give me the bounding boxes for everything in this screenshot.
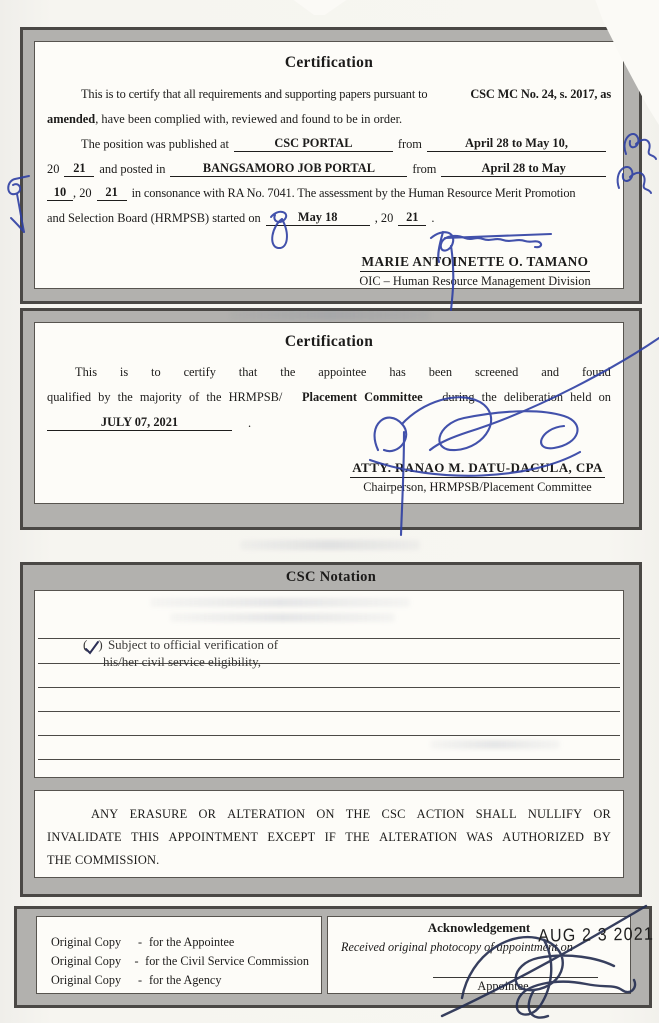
notation-text-line1: Subject to official verification of [108,637,278,652]
cert1-l5-20: , 20 [73,186,92,201]
notation-paren-close: ) [98,637,102,652]
cert2-signatory-name: ATTY. RANAO M. DATU-DACULA, CPA [350,460,605,478]
notation-stamp-line2: his/her civil service eligibility, [103,654,611,670]
cert1-l3-text: The position was published at [81,137,229,152]
appointee-label: Appointee [423,979,583,994]
bleed-through-smudge [150,598,410,607]
cert1-p2-text: , have been complied with, reviewed and … [95,112,402,126]
cert2-date-line: JULY 07, 2021 . [47,415,611,431]
copy-label: Original Copy [51,954,128,969]
cert2-line2: qualified by the majority of the HRMPSB/… [47,390,611,405]
cert1-consonance-line: 10 , 20 21 in consonance with RA No. 704… [47,185,611,201]
warning-line1: ANYERASUREORALTERATIONONTHECSCACTIONSHAL… [47,807,611,822]
assessment-year-field: 21 [398,210,426,226]
cert1-l6-period: . [431,211,434,226]
posted-in-field: BANGSAMORO JOB PORTAL [170,161,407,177]
copy-recipient: for the Agency [149,973,221,988]
cert2-l2-text: qualified by the majority of the HRMPSB/ [47,390,282,405]
appointee-signature-line [433,977,598,978]
scanned-appointment-form-page: { "colors": { "ink_blue": "#2e3fa3", "in… [0,0,659,1023]
bleed-through-smudge [170,613,395,622]
notation-ruled-line [38,735,620,736]
copy-label: Original Copy [51,935,131,950]
torn-edge-notch [290,0,350,15]
warning-box: ANYERASUREORALTERATIONONTHECSCACTIONSHAL… [34,790,624,878]
posting-period-day-field: 10 [47,185,73,201]
certification-1-title: Certification [47,54,611,72]
cert1-l6-text: and Selection Board (HRMPSB) started on [47,211,261,226]
csc-notation-title: CSC Notation [35,569,627,586]
certification-1-content: Certification This is to certify that al… [34,41,624,289]
certification-2-frame: Certification Thisistocertifythattheappo… [20,308,642,530]
cert1-signatory-name: MARIE ANTOINETTE O. TAMANO [360,254,591,272]
certification-1-frame: Certification This is to certify that al… [20,27,642,304]
cert1-signatory-title: OIC – Human Resource Management Division [330,274,620,289]
dash: - [128,954,145,969]
publish-year-field: 21 [64,161,94,177]
cert1-l5-text: in consonance with RA No. 7041. The asse… [132,186,576,201]
cert1-l6-20: , 20 [375,211,394,226]
dash: - [131,935,149,950]
cert1-assessment-line: and Selection Board (HRMPSB) started on … [47,210,611,226]
assessment-date-field: May 18 [266,210,370,226]
cert2-l2-text2: during the deliberation held on [442,390,611,405]
cert1-p1-bold: CSC MC No. 24, s. 2017, as [470,87,611,102]
certification-2-content: Certification Thisistocertifythattheappo… [34,322,624,504]
dash: - [131,973,149,988]
bleed-through-smudge [430,740,560,749]
cert1-paragraph1-line2: amended, have been complied with, review… [47,112,611,127]
published-at-field: CSC PORTAL [234,136,393,152]
cert1-signatory-block: MARIE ANTOINETTE O. TAMANO OIC – Human R… [330,253,620,289]
warning-line3: THE COMMISSION. [47,853,611,868]
notation-stamp-line1: () Subject to official verification of [83,637,611,653]
notation-ruled-line [38,759,620,760]
certification-2-title: Certification [47,333,611,351]
received-date-stamp: AUG 2 3 2021 [538,925,654,947]
deliberation-date-field: JULY 07, 2021 [47,415,232,431]
notation-ruled-line [38,687,620,688]
cert1-publish-line: The position was published at CSC PORTAL… [47,136,611,152]
cert2-signatory-block: ATTY. RANAO M. DATU-DACULA, CPA Chairper… [330,459,625,495]
posting-period-field: April 28 to May [441,161,606,177]
cert1-l4-20: 20 [47,162,59,177]
distribution-box: Original Copy - for the Appointee Origin… [36,916,322,994]
posting-year-field: 21 [97,185,127,201]
cert2-period: . [248,416,251,431]
cert1-l4-text: and posted in [99,162,165,177]
copy-recipient: for the Appointee [149,935,234,950]
cert1-l4-from: from [412,162,436,177]
cert2-signatory-title: Chairperson, HRMPSB/Placement Committee [330,480,625,495]
copy-recipient: for the Civil Service Commission [145,954,309,969]
cert2-line1: Thisistocertifythattheappointeehasbeensc… [47,365,611,380]
distribution-row: Original Copy - for the Appointee [51,935,309,950]
cert1-paragraph1-line1: This is to certify that all requirements… [47,87,611,102]
notation-ruled-line [38,711,620,712]
notation-paren-open: ( [83,637,87,652]
footer-frame: Original Copy - for the Appointee Origin… [14,906,652,1008]
distribution-row: Original Copy - for the Civil Service Co… [51,954,309,969]
bleed-through-smudge [240,540,420,550]
cert2-l2-bold: Placement Committee [302,390,423,405]
bleed-through-smudge [230,310,430,320]
cert1-p1-text: This is to certify that all requirements… [81,87,427,102]
cert1-l3-from: from [398,137,422,152]
warning-line2: INVALIDATETHISAPPOINTMENTEXCEPTIFTHEALTE… [47,830,611,845]
distribution-row: Original Copy - for the Agency [51,973,309,988]
cert1-posted-line: 20 21 and posted in BANGSAMORO JOB PORTA… [47,161,611,177]
cert1-p2-bold: amended [47,112,95,126]
copy-label: Original Copy [51,973,131,988]
publish-period-field: April 28 to May 10, [427,136,606,152]
